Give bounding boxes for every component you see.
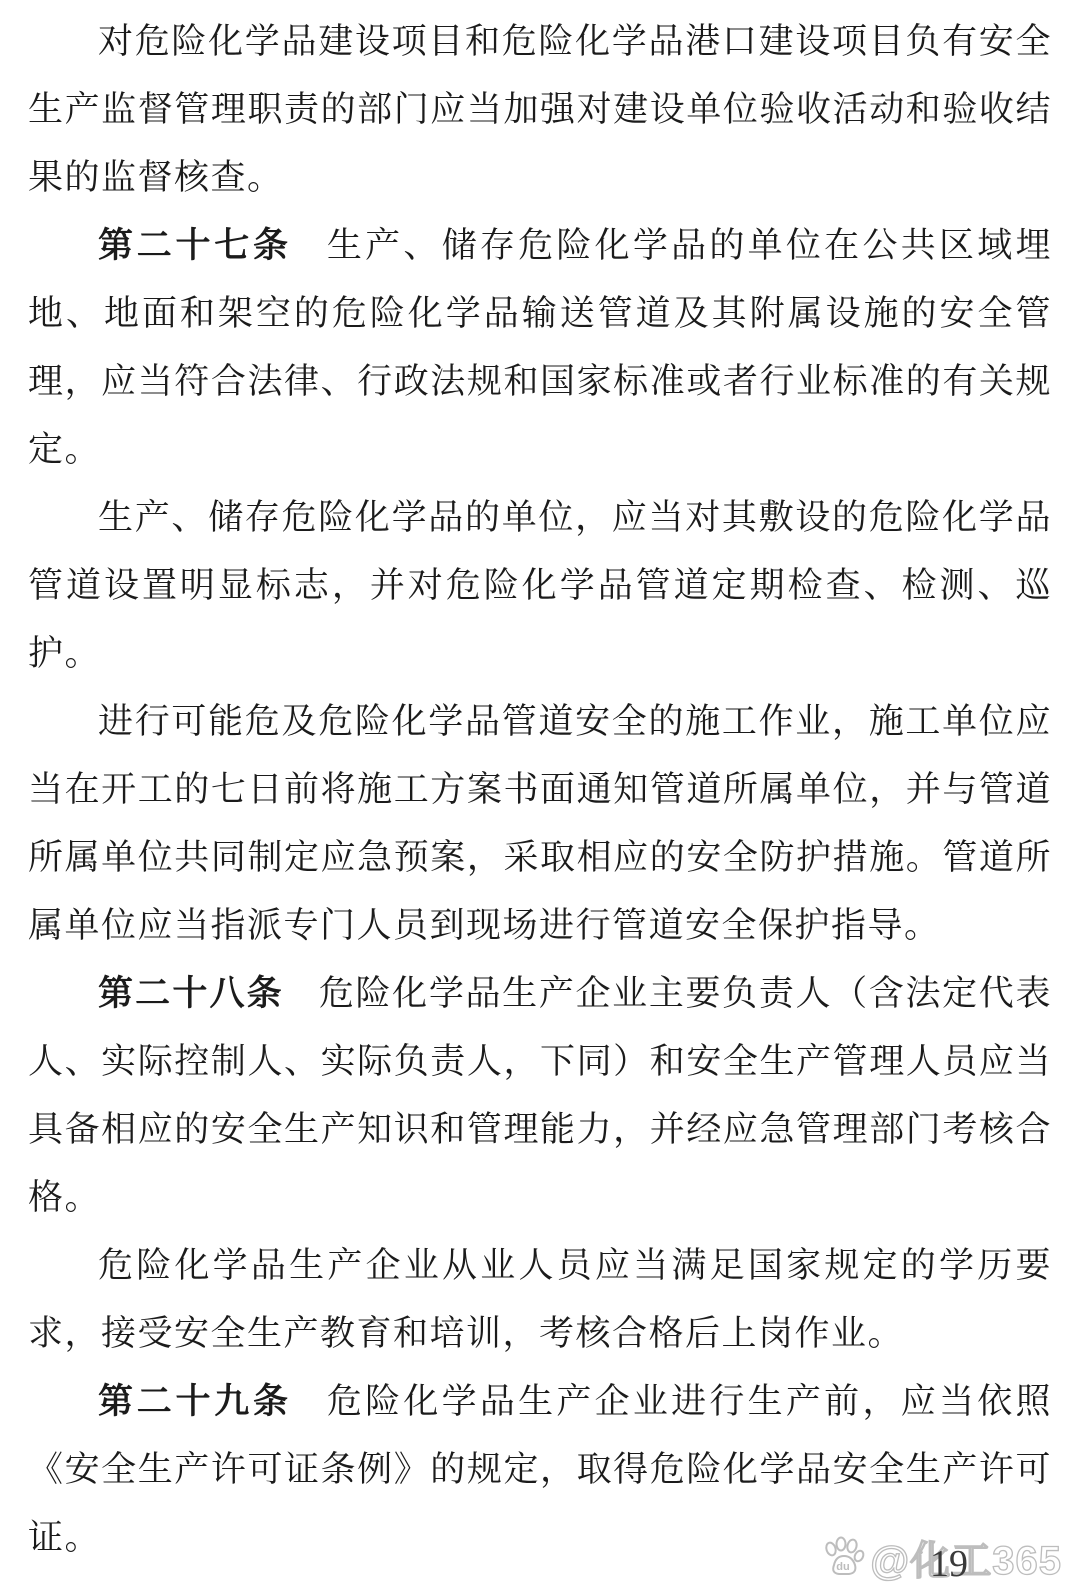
paragraph: 进行可能危及危险化学品管道安全的施工作业，施工单位应当在开工的七日前将施工方案书… bbox=[28, 688, 1052, 960]
paragraph: 对危险化学品建设项目和危险化学品港口建设项目负有安全生产监督管理职责的部门应当加… bbox=[28, 8, 1052, 212]
paragraph-text: 危险化学品生产企业从业人员应当满足国家规定的学历要求，接受安全生产教育和培训，考… bbox=[28, 1246, 1052, 1353]
paragraph-text: 生产、储存危险化学品的单位，应当对其敷设的危险化学品管道设置明显标志，并对危险化… bbox=[28, 498, 1052, 673]
article-number: 第二十八条 bbox=[98, 974, 284, 1013]
paragraph: 第二十七条生产、储存危险化学品的单位在公共区域埋地、地面和架空的危险化学品输送管… bbox=[28, 212, 1052, 484]
paragraph: 危险化学品生产企业从业人员应当满足国家规定的学历要求，接受安全生产教育和培训，考… bbox=[28, 1232, 1052, 1368]
paragraph-text: 对危险化学品建设项目和危险化学品港口建设项目负有安全生产监督管理职责的部门应当加… bbox=[28, 22, 1052, 197]
paragraph: 第二十八条危险化学品生产企业主要负责人（含法定代表人、实际控制人、实际负责人，下… bbox=[28, 960, 1052, 1232]
article-number: 第二十七条 bbox=[98, 226, 292, 265]
baidu-paw-icon: du bbox=[822, 1535, 866, 1579]
paragraph-text: 进行可能危及危险化学品管道安全的施工作业，施工单位应当在开工的七日前将施工方案书… bbox=[28, 702, 1052, 945]
page-number: 19 bbox=[930, 1542, 968, 1586]
article-number: 第二十九条 bbox=[98, 1382, 292, 1421]
document-page: 对危险化学品建设项目和危险化学品港口建设项目负有安全生产监督管理职责的部门应当加… bbox=[28, 8, 1052, 1572]
paragraph: 生产、储存危险化学品的单位，应当对其敷设的危险化学品管道设置明显标志，并对危险化… bbox=[28, 484, 1052, 688]
paw-logo-text: du bbox=[837, 1561, 850, 1573]
